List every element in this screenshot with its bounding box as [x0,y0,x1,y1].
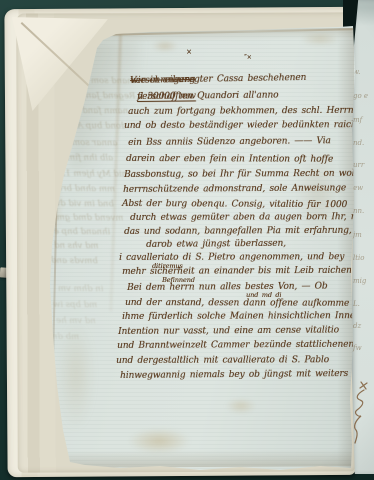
bleedthrough-line: mm ahnd bru [57,184,115,195]
margin-fragment: nd. [353,139,364,147]
margin-fragment: dz [353,322,361,330]
manuscript-photo: w.go emfnd.urrewnn.jmltiomigL.dzfw mand … [0,0,374,480]
bleedthrough-line: mvend dmd gmi [54,213,123,224]
bleedthrough-line: nd vm he [56,316,96,326]
bleedthrough-line: bmvds and [51,256,98,266]
edge-shading [60,449,352,468]
stain [226,398,256,414]
margin-fragment: mig [353,277,366,285]
margin-fragment: go e [353,92,368,100]
bleedthrough-line: in dhm vm [58,284,104,294]
bleedthrough-line: mb dn [52,332,79,342]
margin-fragment: jm [353,231,362,239]
bleedthrough-line: bnd im vid dvs [51,199,114,210]
margin-fragment: ew [353,184,363,192]
margin-fragment: fw [353,344,362,352]
bleedthrough-line: ihnand bnp ev [49,227,110,238]
margin-fragment: nn. [353,207,364,215]
bleedthrough-line: md vhs nd [54,241,99,251]
bleedthrough-line: md bps iw [53,300,97,310]
margin-fragment: mf [353,116,362,124]
margin-fragment: urr [353,161,364,169]
margin-fragment: ltio [353,254,365,262]
margin-fragment: L. [353,300,360,308]
